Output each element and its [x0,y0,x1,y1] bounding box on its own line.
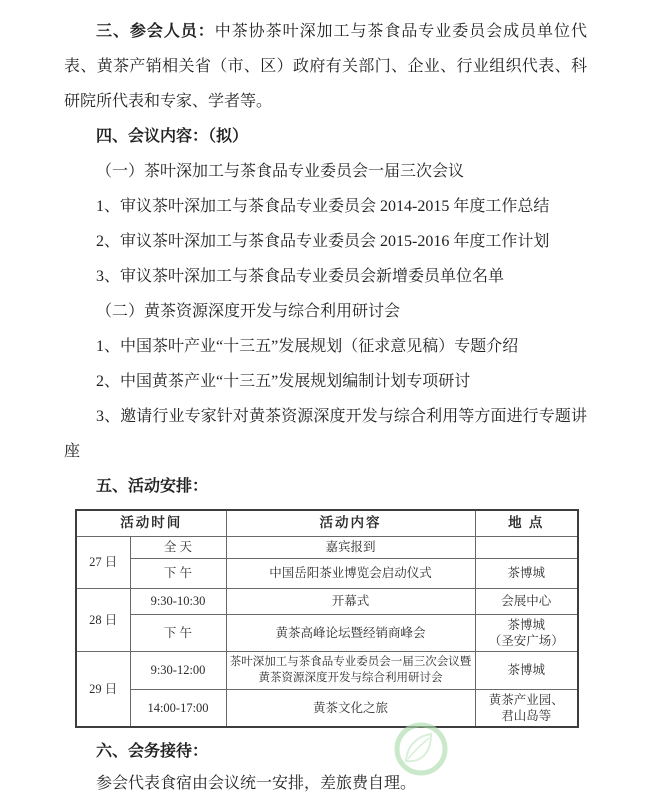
reception-body: 参会代表食宿由会议统一安排，差旅费自理。 [64,768,587,797]
agenda-item: 3、邀请行业专家针对黄茶资源深度开发与综合利用等方面进行专题讲座 [64,399,587,469]
content-cell: 开幕式 [226,588,475,614]
col-header-location: 地 点 [475,510,578,536]
day-cell: 29 日 [76,651,130,727]
section-schedule-heading: 五、活动安排： [64,469,587,504]
table-row: 27 日 全 天 嘉宾报到 [76,536,578,558]
agenda-heading: 四、会议内容：（拟） [96,128,248,145]
agenda-item: 3、审议茶叶深加工与茶食品专业委员会新增委员单位名单 [64,259,587,294]
day-cell: 27 日 [76,536,130,588]
location-cell: 黄茶产业园、 君山岛等 [475,689,578,727]
time-cell: 9:30-12:00 [130,651,226,689]
time-cell: 下 午 [130,558,226,588]
reception-heading: 六、会务接待： [96,743,208,760]
section-agenda-heading: 四、会议内容：（拟） [64,119,587,154]
table-row: 14:00-17:00 黄茶文化之旅 黄茶产业园、 君山岛等 [76,689,578,727]
location-cell: 茶博城 [475,558,578,588]
agenda-item: 2、中国黄茶产业“十三五”发展规划编制计划专项研讨 [64,364,587,399]
agenda-item: 1、中国茶叶产业“十三五”发展规划（征求意见稿）专题介绍 [64,329,587,364]
document-page: 三、参会人员：中茶协茶叶深加工与茶食品专业委员会成员单位代表、黄茶产销相关省（市… [0,0,651,797]
table-row: 29 日 9:30-12:00 茶叶深加工与茶食品专业委员会一届三次会议暨 黄茶… [76,651,578,689]
content-cell: 黄茶高峰论坛暨经销商峰会 [226,614,475,651]
time-cell: 14:00-17:00 [130,689,226,727]
table-row: 下 午 黄茶高峰论坛暨经销商峰会 茶博城 （圣安广场） [76,614,578,651]
table-header-row: 活动时间 活动内容 地 点 [76,510,578,536]
content-cell: 嘉宾报到 [226,536,475,558]
content-cell: 茶叶深加工与茶食品专业委员会一届三次会议暨 黄茶资源深度开发与综合利用研讨会 [226,651,475,689]
location-cell: 茶博城 （圣安广场） [475,614,578,651]
day-cell: 28 日 [76,588,130,651]
content-cell: 黄茶文化之旅 [226,689,475,727]
time-cell: 9:30-10:30 [130,588,226,614]
agenda-item: 2、审议茶叶深加工与茶食品专业委员会 2015-2016 年度工作计划 [64,224,587,259]
location-cell [475,536,578,558]
agenda-item: （二）黄茶资源深度开发与综合利用研讨会 [64,294,587,329]
content-cell: 中国岳阳茶业博览会启动仪式 [226,558,475,588]
location-cell: 会展中心 [475,588,578,614]
schedule-heading: 五、活动安排： [96,478,208,495]
location-cell: 茶博城 [475,651,578,689]
table-row: 下 午 中国岳阳茶业博览会启动仪式 茶博城 [76,558,578,588]
schedule-table: 活动时间 活动内容 地 点 27 日 全 天 嘉宾报到 下 午 中国岳阳茶业博览… [75,509,579,728]
time-cell: 下 午 [130,614,226,651]
col-header-content: 活动内容 [226,510,475,536]
agenda-item: （一）茶叶深加工与茶食品专业委员会一届三次会议 [64,154,587,189]
agenda-item: 1、审议茶叶深加工与茶食品专业委员会 2014-2015 年度工作总结 [64,189,587,224]
time-cell: 全 天 [130,536,226,558]
table-row: 28 日 9:30-10:30 开幕式 会展中心 [76,588,578,614]
col-header-time: 活动时间 [76,510,226,536]
section-participants: 三、参会人员：中茶协茶叶深加工与茶食品专业委员会成员单位代表、黄茶产销相关省（市… [64,14,587,119]
participants-heading: 三、参会人员： [96,23,215,40]
section-reception-heading: 六、会务接待： [64,736,587,768]
